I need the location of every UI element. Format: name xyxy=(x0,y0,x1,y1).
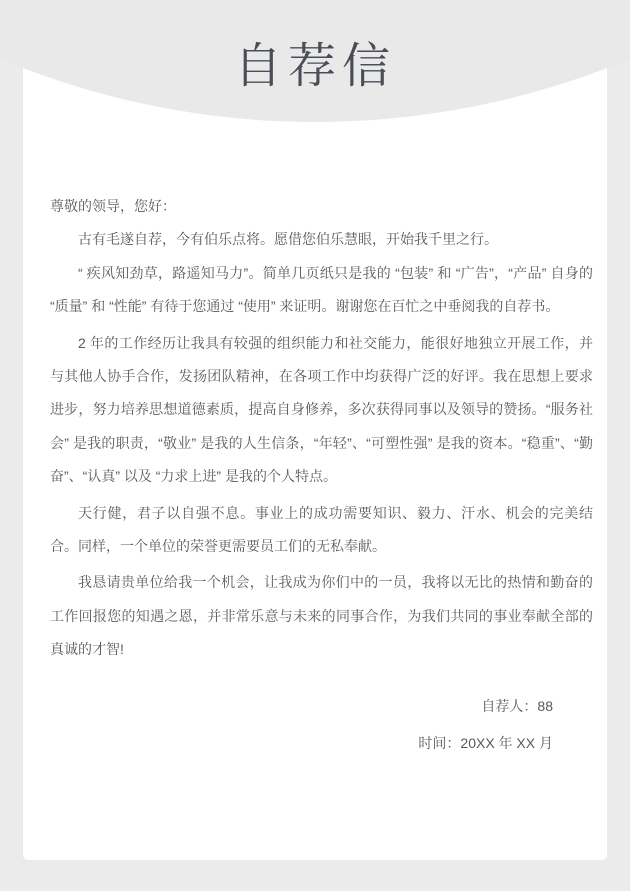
page-title: 自荐信 xyxy=(0,38,630,96)
letter-paragraph: “ 疾风知劲草，路遥知马力”。简单几页纸只是我的 “包装” 和 “广告”，“产品… xyxy=(50,257,593,324)
signature-block: 自荐人：88 时间：20XX 年 XX 月 xyxy=(418,688,553,762)
date-line: 时间：20XX 年 XX 月 xyxy=(418,725,553,762)
letter-paragraph: 天行健，君子以自强不息。事业上的成功需要知识、毅力、汗水、机会的完美结合。同样，… xyxy=(50,497,593,564)
signer-line: 自荐人：88 xyxy=(418,688,553,725)
letter-paragraph: 2 年的工作经历让我具有较强的组织能力和社交能力，能很好地独立开展工作，并与其他… xyxy=(50,327,593,494)
letter-paragraph: 我恳请贵单位给我一个机会，让我成为你们中的一员，我将以无比的热情和勤奋的工作回报… xyxy=(50,566,593,666)
letter-body: 尊敬的领导，您好： 古有毛遂自荐，今有伯乐点将。愿借您伯乐慧眼，开始我千里之行。… xyxy=(50,190,593,667)
document-canvas: 自荐信 尊敬的领导，您好： 古有毛遂自荐，今有伯乐点将。愿借您伯乐慧眼，开始我千… xyxy=(0,0,630,891)
salutation-line: 尊敬的领导，您好： xyxy=(50,190,593,223)
letter-paragraph: 古有毛遂自荐，今有伯乐点将。愿借您伯乐慧眼，开始我千里之行。 xyxy=(50,223,593,256)
